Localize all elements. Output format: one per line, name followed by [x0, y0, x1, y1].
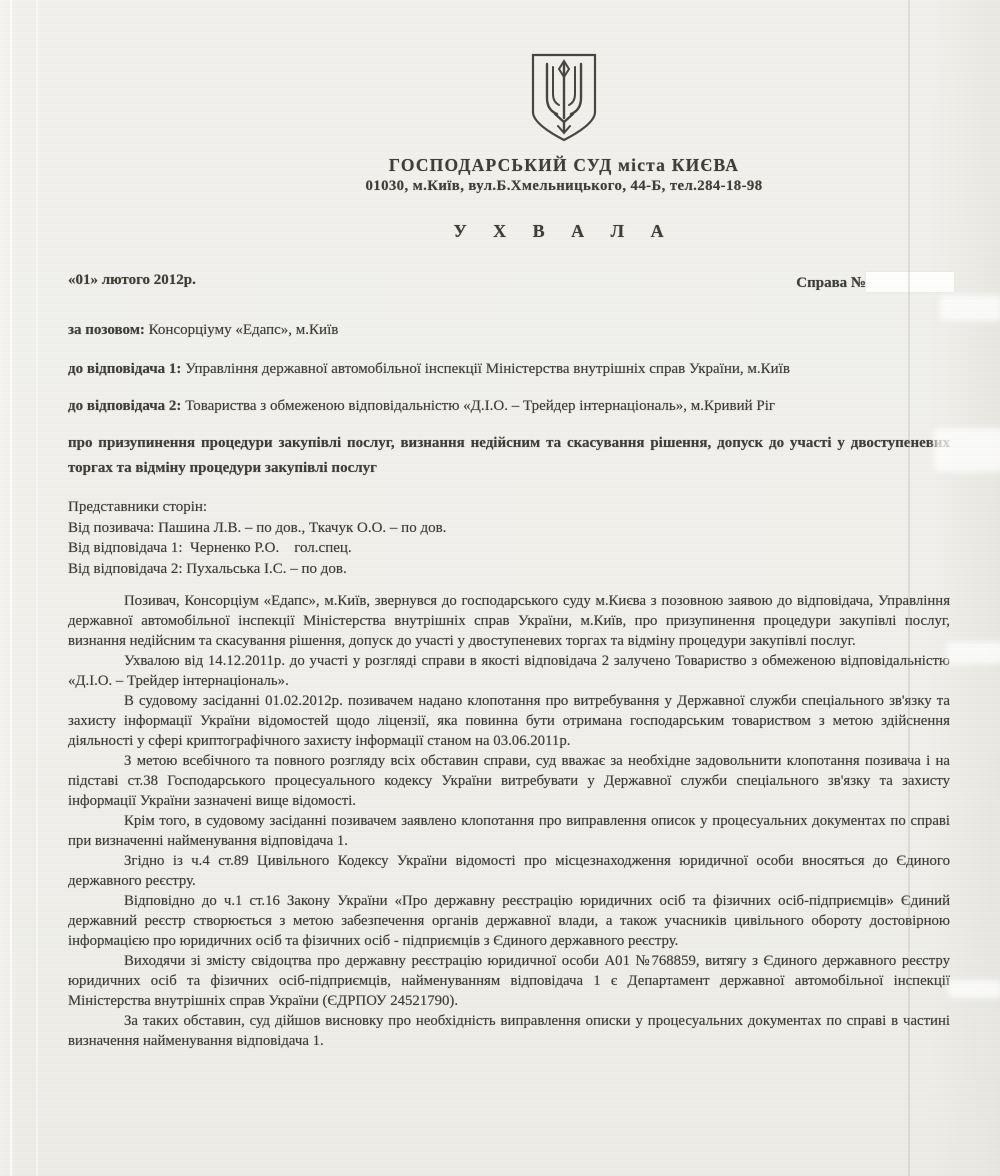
plaintiff-name: Консорціуму «Едапс», м.Київ — [145, 322, 338, 338]
scan-artifact-blotch — [948, 980, 1000, 998]
document-header: ГОСПОДАРСЬКИЙ СУД міста КИЄВА 01030, м.К… — [64, 52, 1000, 242]
body-paragraph: Ухвалою від 14.12.2011р. до участі у роз… — [68, 651, 950, 691]
body-paragraph: Згідно із ч.4 ст.89 Цивільного Кодексу У… — [68, 851, 950, 891]
court-name: ГОСПОДАРСЬКИЙ СУД міста КИЄВА — [64, 155, 1000, 176]
case-subject: про призупинення процедури закупівлі пос… — [68, 431, 950, 481]
defendant2-label: до відповідача 2: — [68, 398, 181, 414]
representative-line: Від відповідача 2: Пухальська І.С. – по … — [68, 559, 950, 580]
representatives-heading: Представники сторін: — [68, 497, 950, 518]
case-number-redaction-box — [866, 272, 954, 292]
document-title: У Х В А Л А — [64, 221, 1000, 242]
body-paragraph: З метою всебічного та повного розгляду в… — [68, 751, 950, 811]
representative-line: Від відповідача 1: Черненко Р.О. гол.спе… — [68, 538, 950, 559]
body-paragraph: За таких обставин, суд дійшов висновку п… — [68, 1011, 950, 1051]
body-paragraph: Виходячи зі змісту свідоцтва про державн… — [68, 951, 950, 1011]
ruling-date: «01» лютого 2012р. — [68, 272, 196, 292]
case-number-label: Справа № — [796, 275, 866, 291]
scan-artifact-line — [36, 0, 38, 1176]
body-paragraph: В судовому засіданні 01.02.2012р. позива… — [68, 691, 950, 751]
plaintiff-line: за позовом: Консорціуму «Едапс», м.Київ — [68, 318, 950, 343]
scanned-court-ruling-page: ГОСПОДАРСЬКИЙ СУД міста КИЄВА 01030, м.К… — [0, 0, 1000, 1176]
representative-line: Від позивача: Пашина Л.В. – по дов., Тка… — [68, 518, 950, 539]
defendant2-line: до відповідача 2: Товариства з обмеженою… — [68, 394, 950, 419]
plaintiff-label: за позовом: — [68, 322, 145, 338]
scan-artifact-line — [10, 0, 12, 1176]
ukraine-trident-coat-of-arms-icon — [64, 52, 1000, 149]
defendant1-line: до відповідача 1: Управління державної а… — [68, 357, 950, 382]
case-number: Справа № — [796, 272, 954, 292]
body-paragraph: Крім того, в судовому засіданні позиваче… — [68, 811, 950, 851]
representatives-block: Представники сторін: Від позивача: Пашин… — [68, 497, 950, 579]
scan-artifact-blotch — [946, 642, 1000, 664]
defendant1-label: до відповідача 1: — [68, 361, 181, 377]
body-paragraph: Позивач, Консорціум «Едапс», м.Київ, зве… — [68, 591, 950, 651]
defendant2-name: Товариства з обмеженою відповідальністю … — [181, 398, 775, 414]
defendant1-name: Управління державної автомобільної інспе… — [181, 361, 790, 377]
ruling-body: Позивач, Консорціум «Едапс», м.Київ, зве… — [68, 591, 950, 1051]
meta-row: «01» лютого 2012р. Справа № — [68, 272, 950, 292]
court-address: 01030, м.Київ, вул.Б.Хмельницького, 44-Б… — [64, 178, 1000, 195]
body-paragraph: Відповідно до ч.1 ст.16 Закону України «… — [68, 891, 950, 951]
